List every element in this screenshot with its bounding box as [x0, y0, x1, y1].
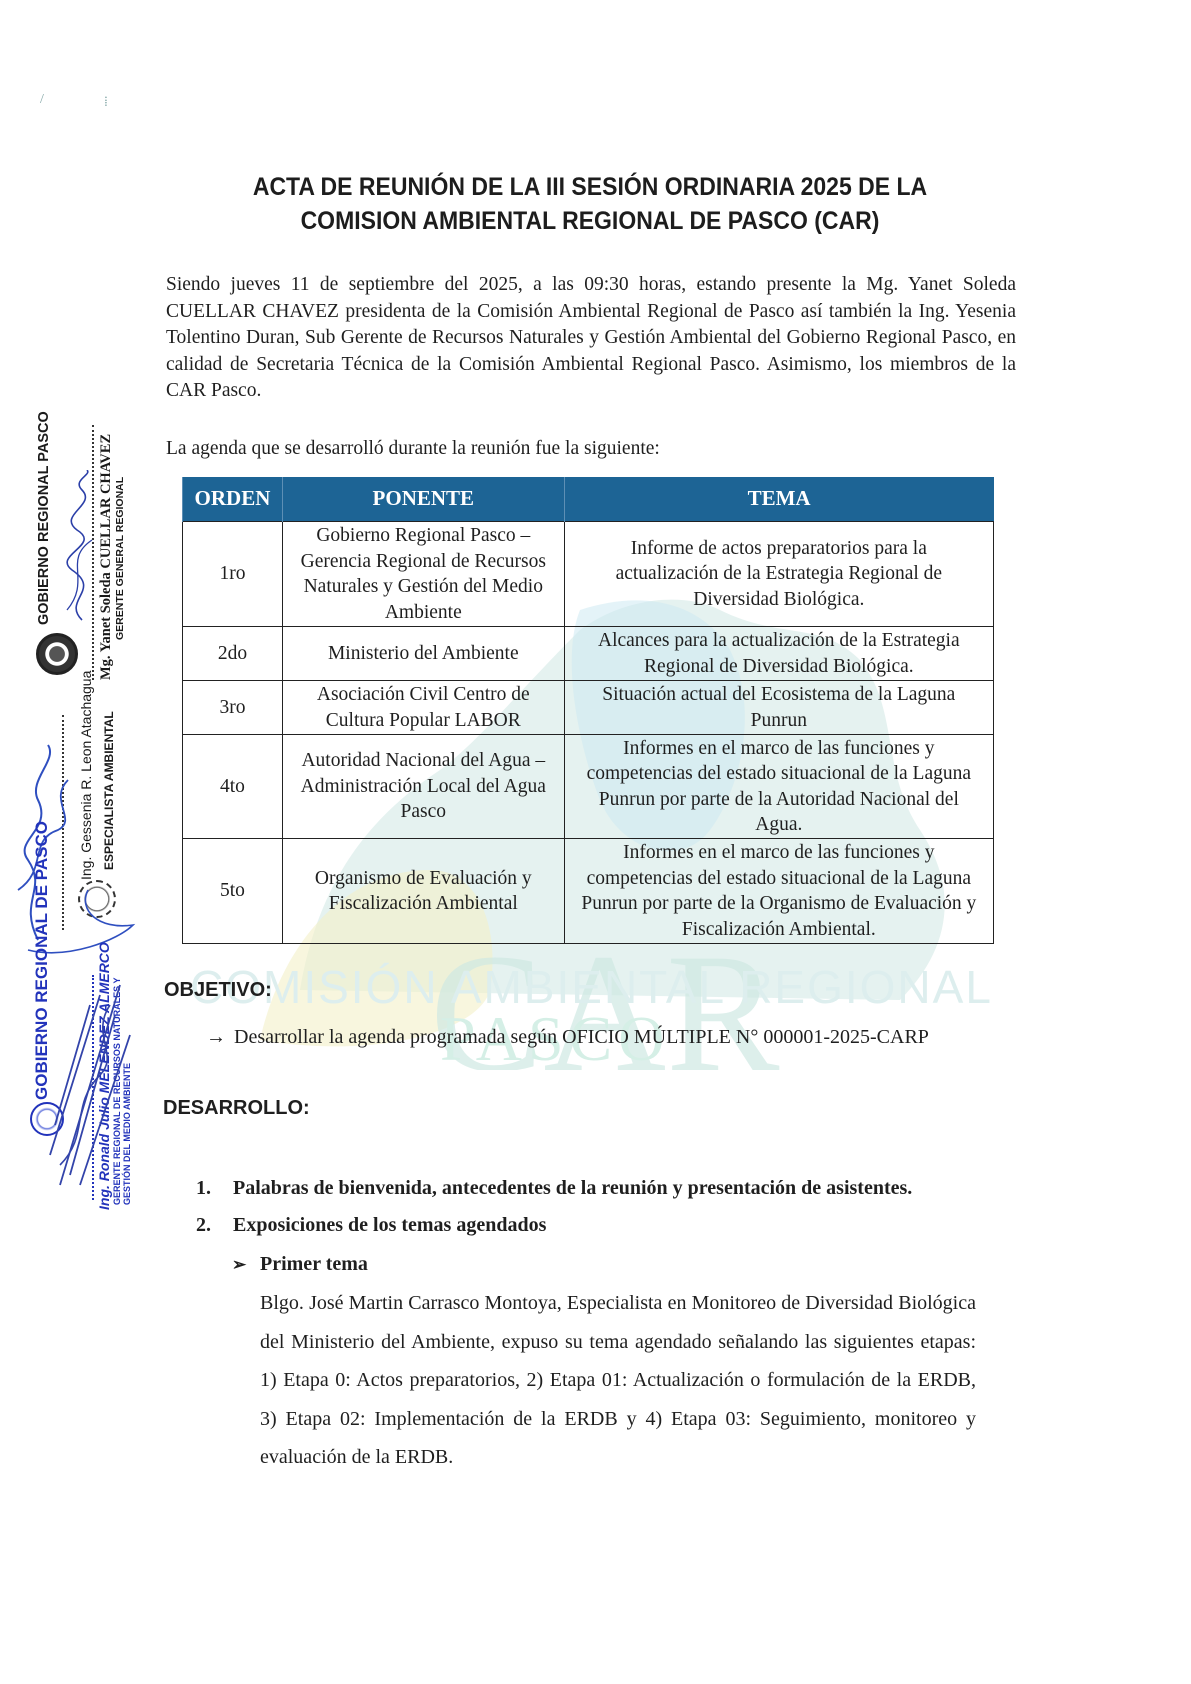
title-line: ACTA DE REUNIÓN DE LA III SESIÓN ORDINAR…: [194, 170, 985, 204]
scan-mark: ⁞: [104, 95, 108, 111]
list-item-text: Palabras de bienvenida, antecedentes de …: [233, 1177, 912, 1199]
table-row: 4to Autoridad Nacional del Agua – Admini…: [183, 735, 994, 839]
list-item: 2. Exposiciones de los temas agendados: [196, 1207, 976, 1244]
cell-tema: Informe de actos preparatorios para la a…: [564, 522, 993, 627]
cell-ponente: Organismo de Evaluación y Fiscalización …: [282, 839, 564, 944]
cell-ponente: Autoridad Nacional del Agua – Administra…: [282, 735, 564, 839]
objetivo-item: → Desarrollar la agenda programada según…: [206, 1018, 1006, 1056]
cell-orden: 4to: [183, 735, 283, 839]
column-header-orden: ORDEN: [183, 477, 283, 522]
signature-scribble-icon: [8, 740, 138, 960]
signature-scribble-icon: [52, 470, 112, 630]
objetivo-heading: OBJETIVO:: [164, 979, 272, 1002]
table-row: 5to Organismo de Evaluación y Fiscalizac…: [183, 839, 994, 944]
column-header-tema: TEMA: [564, 477, 993, 522]
column-header-ponente: PONENTE: [282, 477, 564, 522]
signature-stamps: GOBIERNO REGIONAL PASCO Mg. Yanet Soleda…: [0, 0, 150, 1684]
intro-paragraph: Siendo jueves 11 de septiembre del 2025,…: [166, 272, 1016, 405]
table-row: 1ro Gobierno Regional Pasco – Gerencia R…: [183, 522, 994, 627]
page-title: ACTA DE REUNIÓN DE LA III SESIÓN ORDINAR…: [194, 170, 985, 238]
stamp-org: GOBIERNO REGIONAL PASCO: [36, 411, 52, 625]
signature-scribble-icon: [40, 975, 140, 1195]
agenda-table: ORDEN PONENTE TEMA 1ro Gobierno Regional…: [182, 477, 994, 944]
arrowhead-bullet-icon: ➢: [232, 1246, 246, 1283]
agenda-intro: La agenda que se desarrolló durante la r…: [166, 438, 660, 460]
desarrollo-list: 1. Palabras de bienvenida, antecedentes …: [196, 1170, 976, 1477]
table-row: 2do Ministerio del Ambiente Alcances par…: [183, 627, 994, 681]
cell-tema: Informes en el marco de las funciones y …: [564, 735, 993, 839]
list-number: 2.: [196, 1207, 211, 1244]
table-header-row: ORDEN PONENTE TEMA: [183, 477, 994, 522]
subsection-paragraph: Blgo. José Martin Carrasco Montoya, Espe…: [196, 1284, 976, 1477]
cell-tema: Situación actual del Ecosistema de la La…: [564, 681, 993, 735]
desarrollo-heading: DESARROLLO:: [163, 1097, 310, 1120]
table-row: 3ro Asociación Civil Centro de Cultura P…: [183, 681, 994, 735]
list-item: 1. Palabras de bienvenida, antecedentes …: [196, 1170, 976, 1207]
objetivo-text: Desarrollar la agenda programada según O…: [234, 1018, 994, 1056]
stamp-role: GERENTE GENERAL REGIONAL: [114, 477, 126, 640]
cell-orden: 2do: [183, 627, 283, 681]
cell-ponente: Ministerio del Ambiente: [282, 627, 564, 681]
subsection-title: Primer tema: [260, 1253, 368, 1275]
arrow-right-icon: →: [206, 1018, 234, 1056]
document-page: CAR COMISIÓN AMBIENTAL REGIONAL PASCO AC…: [0, 0, 1191, 1684]
cell-ponente: Gobierno Regional Pasco – Gerencia Regio…: [282, 522, 564, 627]
cell-orden: 1ro: [183, 522, 283, 627]
scan-mark: /: [40, 92, 44, 108]
cell-tema: Informes en el marco de las funciones y …: [564, 839, 993, 944]
title-line: COMISION AMBIENTAL REGIONAL DE PASCO (CA…: [194, 204, 985, 238]
gobierno-regional-seal-icon: [36, 633, 78, 675]
cell-orden: 3ro: [183, 681, 283, 735]
cell-tema: Alcances para la actualización de la Est…: [564, 627, 993, 681]
list-number: 1.: [196, 1170, 211, 1207]
cell-ponente: Asociación Civil Centro de Cultura Popul…: [282, 681, 564, 735]
subsection-heading: ➢ Primer tema: [196, 1246, 976, 1283]
list-item-text: Exposiciones de los temas agendados: [233, 1214, 546, 1236]
cell-orden: 5to: [183, 839, 283, 944]
